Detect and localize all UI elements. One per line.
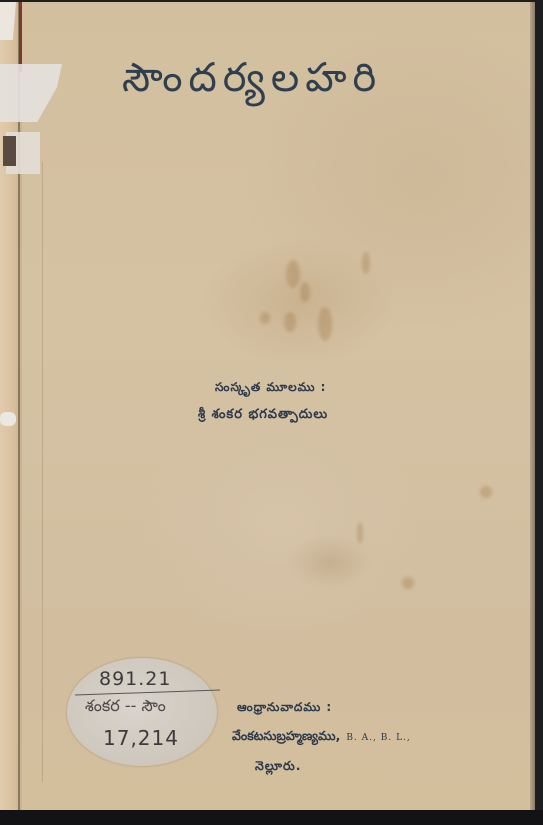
original-author: శ్రీ శంకర భగవత్పాదులు (198, 407, 328, 425)
translator-degrees: B. A., B. L., (346, 733, 410, 743)
paper-tear (0, 412, 16, 426)
label-divider (75, 689, 220, 695)
binding-fold (42, 162, 43, 782)
stain (284, 312, 296, 332)
translator-name: వేంకటసుబ్రహ్మణ్యము, (232, 728, 340, 743)
original-label: సంస్కృత మూలము : (215, 380, 326, 397)
scanned-page: సౌందర్యలహరి సంస్కృత మూలము : శ్రీ శంకర భగ… (0, 0, 543, 825)
translator-line: వేంకటసుబ్రహ్మణ్యము,B. A., B. L., (232, 728, 411, 747)
paper-tear-hole (3, 136, 16, 166)
book-title: సౌందర్యలహరి (122, 48, 432, 108)
call-number: 891.21 (99, 668, 171, 690)
stain (362, 252, 370, 274)
translation-label: ఆంధ్రానువాదము : (237, 700, 332, 717)
stain (260, 312, 270, 324)
paper-page: సౌందర్యలహరి సంస్కృత మూలము : శ్రీ శంకర భగ… (0, 2, 535, 810)
stain (357, 522, 363, 544)
stain (480, 486, 492, 498)
publication-place: నెల్లూరు. (255, 758, 301, 777)
stain (318, 307, 332, 341)
stain (286, 260, 300, 288)
scanner-bottom-edge (0, 810, 543, 825)
binding-crease (18, 2, 20, 810)
page-right-edge (530, 2, 535, 810)
author-code: శంకర -- సౌం (85, 696, 166, 719)
accession-number: 17,214 (103, 726, 179, 750)
paper-tear (0, 64, 62, 122)
stain (300, 282, 310, 302)
library-label-sticker: 891.21 శంకర -- సౌం 17,214 (67, 658, 217, 766)
stain (402, 577, 414, 589)
binding-thread (19, 2, 22, 72)
